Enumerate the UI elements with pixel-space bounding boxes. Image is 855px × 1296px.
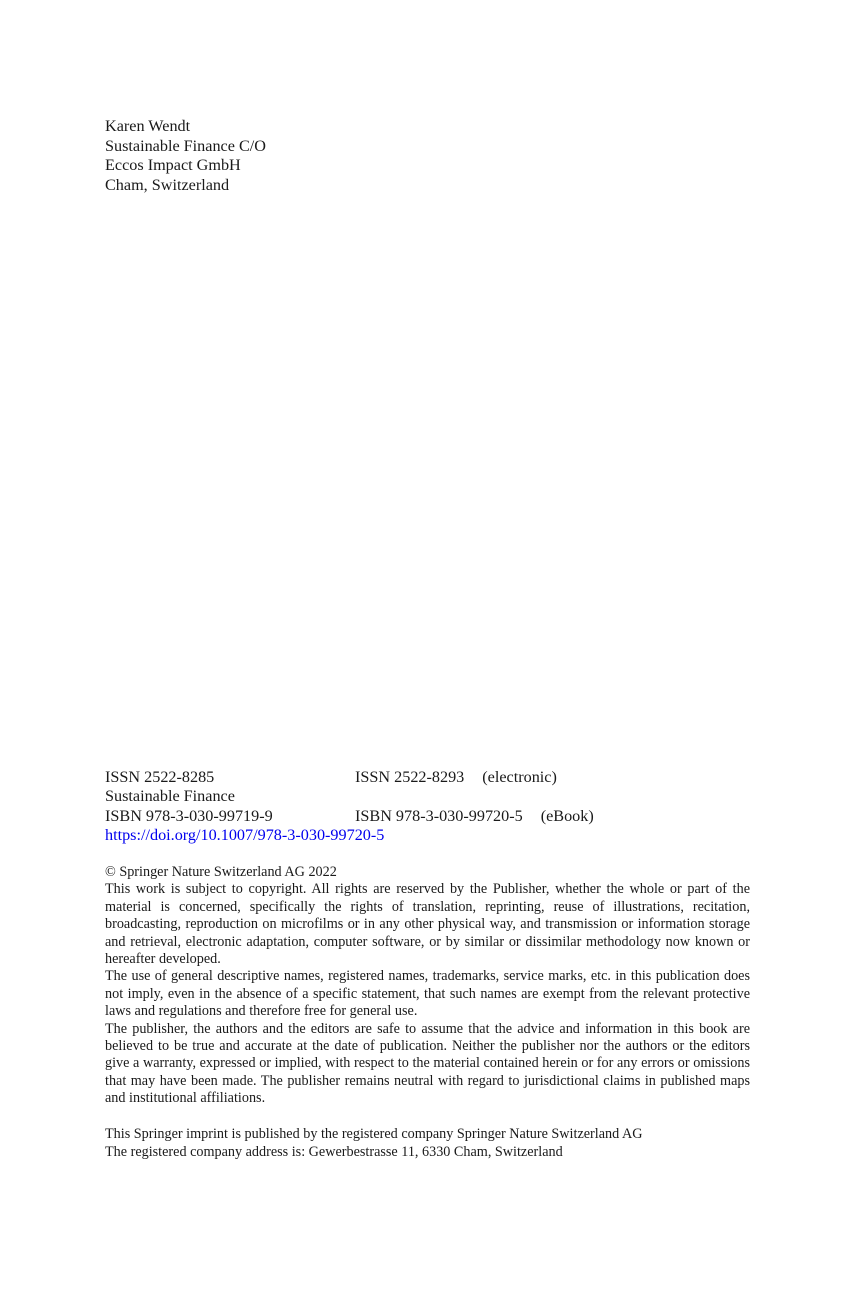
imprint-publisher: This Springer imprint is published by th… xyxy=(105,1126,642,1144)
isbn-row: ISBN 978-3-030-99719-9 ISBN 978-3-030-99… xyxy=(105,807,384,826)
issn-electronic-note: (electronic) xyxy=(482,768,557,786)
issn-electronic-group: ISSN 2522-8293(electronic) xyxy=(355,768,557,787)
isbn-ebook-group: ISBN 978-3-030-99720-5(eBook) xyxy=(355,807,594,826)
doi-link[interactable]: https://doi.org/10.1007/978-3-030-99720-… xyxy=(105,826,384,844)
isbn-ebook: ISBN 978-3-030-99720-5 xyxy=(355,807,523,825)
imprint-address: The registered company address is: Gewer… xyxy=(105,1144,642,1162)
series-title: Sustainable Finance xyxy=(105,787,235,805)
author-company: Eccos Impact GmbH xyxy=(105,156,266,176)
rights-paragraph: This work is subject to copyright. All r… xyxy=(105,881,750,968)
disclaimer-paragraph: The publisher, the authors and the edito… xyxy=(105,1021,750,1108)
issn-print: ISSN 2522-8285 xyxy=(105,768,214,786)
copyright-notice: © Springer Nature Switzerland AG 2022 Th… xyxy=(105,864,750,1108)
issn-row: ISSN 2522-8285 ISSN 2522-8293(electronic… xyxy=(105,768,384,787)
isbn-print: ISBN 978-3-030-99719-9 xyxy=(105,807,273,825)
series-title-row: Sustainable Finance xyxy=(105,787,384,806)
imprint-info: This Springer imprint is published by th… xyxy=(105,1126,642,1161)
author-affiliation: Sustainable Finance C/O xyxy=(105,137,266,157)
author-address: Karen Wendt Sustainable Finance C/O Ecco… xyxy=(105,117,266,195)
doi-row: https://doi.org/10.1007/978-3-030-99720-… xyxy=(105,826,384,845)
author-name: Karen Wendt xyxy=(105,117,266,137)
trademarks-paragraph: The use of general descriptive names, re… xyxy=(105,968,750,1020)
issn-electronic: ISSN 2522-8293 xyxy=(355,768,464,786)
author-location: Cham, Switzerland xyxy=(105,176,266,196)
bibliographic-info: ISSN 2522-8285 ISSN 2522-8293(electronic… xyxy=(105,768,384,846)
isbn-ebook-note: (eBook) xyxy=(541,807,594,825)
copyright-line: © Springer Nature Switzerland AG 2022 xyxy=(105,864,750,881)
